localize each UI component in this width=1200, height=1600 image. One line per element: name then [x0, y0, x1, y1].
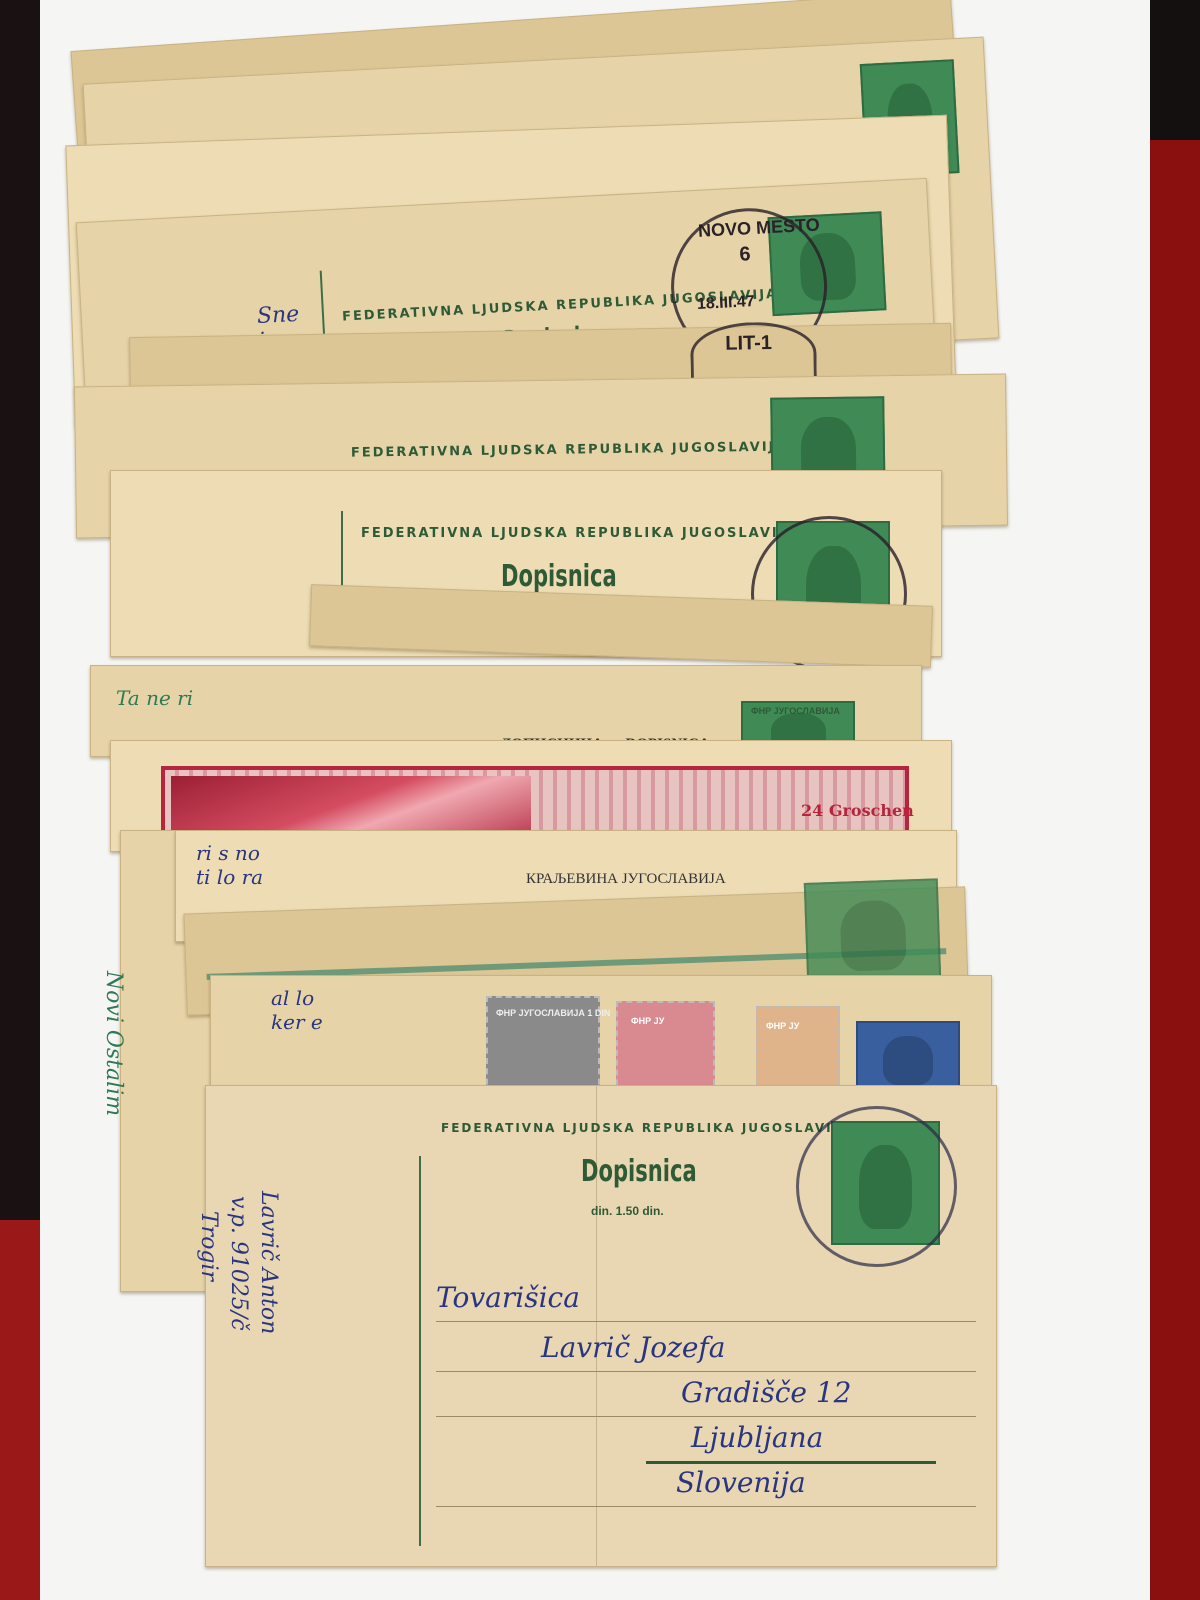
recipient-city: Ljubljana — [691, 1421, 823, 1454]
handwriting-stamps: al loker e — [271, 986, 323, 1034]
recipient-name: Lavrič Jozefa — [541, 1331, 726, 1364]
postmark-number: 6 — [739, 243, 751, 267]
stamp-label-1: ФНР ЈУГОСЛАВИЈА 1 DIN — [496, 1008, 610, 1018]
stamp-label-2: ФНР ЈУ — [631, 1016, 664, 1026]
address-line-2 — [436, 1371, 976, 1372]
stamp-fnrj-label: ФНР ЈУГОСЛАВИЈА — [751, 706, 840, 716]
address-line-1 — [436, 1321, 976, 1322]
sender-name: Lavrič Anton — [256, 1191, 281, 1334]
address-line-4 — [436, 1506, 976, 1507]
card-header: FEDERATIVNA LJUDSKA REPUBLIKA JUGOSLAVIJ… — [351, 440, 788, 461]
stamp-green — [804, 878, 942, 987]
card-price: din. 1.50 din. — [591, 1204, 664, 1218]
stamp-label-3: ФНР ЈУ — [766, 1021, 799, 1031]
sender-address: v.p. 91025/č — [226, 1196, 251, 1331]
recipient-country: Slovenija — [676, 1466, 806, 1499]
address-line-3 — [436, 1416, 976, 1417]
red-card-stamp: 24 Groschen — [801, 801, 914, 820]
card-divider — [419, 1156, 421, 1546]
recipient-salutation: Tovarišica — [436, 1281, 580, 1314]
stamp-orange — [756, 1006, 840, 1095]
card-header: FEDERATIVNA LJUDSKA REPUBLIKA JUGOSLAVIJ… — [441, 1121, 850, 1135]
side-handwriting: Novi Ostalim — [101, 971, 126, 1116]
address-line-city — [646, 1461, 936, 1464]
kingdom-label: КРАЉЕВИНА ЈУГОСЛАВИЈА — [526, 871, 726, 888]
recipient-street: Gradišče 12 — [681, 1376, 851, 1409]
postmark-date: 18.III.47 — [697, 293, 756, 314]
card-title: Dopisnica — [501, 559, 617, 594]
card-header: FEDERATIVNA LJUDSKA REPUBLIKA JUGOSLAVIJ… — [361, 526, 798, 541]
handwriting-kingdom: ri s noti lo ra — [196, 841, 263, 889]
handwriting-green: Ta ne ri — [116, 686, 193, 710]
postmark — [796, 1106, 957, 1267]
postcard-top: FEDERATIVNA LJUDSKA REPUBLIKA JUGOSLAVIJ… — [205, 1085, 997, 1567]
sender-city: Trogir — [196, 1211, 221, 1281]
postcard-stamps: ФНР ЈУГОСЛАВИЈА 1 DIN ФНР ЈУ ФНР ЈУ al l… — [210, 975, 992, 1092]
stamp-blue — [856, 1021, 960, 1095]
card-title: Dopisnica — [581, 1154, 697, 1189]
postmark-lit-text: LIT-1 — [725, 332, 772, 356]
